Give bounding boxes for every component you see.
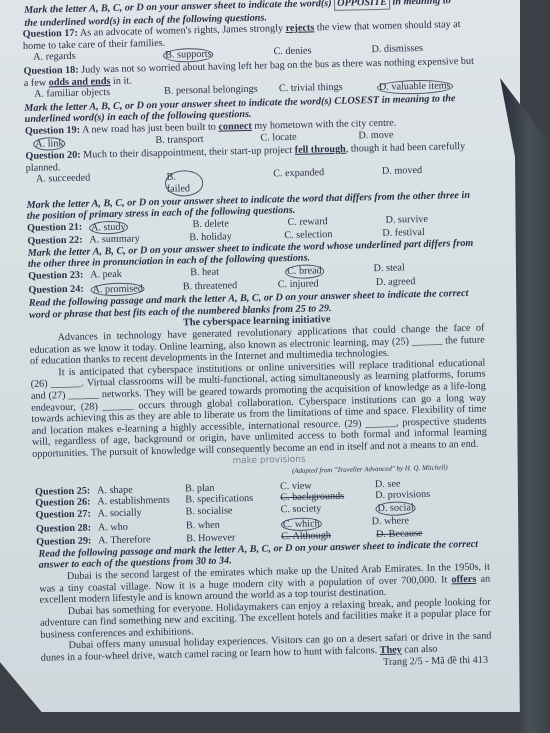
option-c[interactable]: C. expanded — [273, 166, 382, 194]
underlined-word: fell through — [295, 144, 346, 156]
option-c-circled[interactable]: C. bread — [285, 264, 324, 278]
option-d[interactable]: D. moved — [382, 164, 481, 191]
passage-text: can also — [404, 644, 437, 656]
opposite-boxed-word: OPPOSITE — [334, 0, 390, 11]
option-a-circled[interactable]: A. link — [33, 137, 66, 151]
underlined-word: They — [380, 645, 402, 656]
option-d[interactable]: D. agreed — [376, 276, 416, 290]
cloze-options: Question 25: A. shape B. plan C. view D.… — [33, 476, 489, 548]
question-label: Question 18: — [23, 65, 78, 77]
question-label: Question 24: — [28, 283, 90, 298]
question-label: Question 21: — [27, 221, 89, 236]
option-a-circled[interactable]: A. study — [89, 220, 128, 234]
question-text: in it. — [113, 75, 132, 86]
option-d[interactable]: D. provisions — [375, 489, 430, 502]
option-c-circled[interactable]: C. which — [281, 517, 322, 532]
option-b-circled[interactable]: B. failed — [164, 170, 203, 196]
question-label: Question 23: — [28, 270, 90, 285]
option-d[interactable]: D. steal — [373, 262, 404, 276]
underlined-word: rejects — [286, 23, 315, 35]
option-d[interactable]: D. where — [371, 515, 409, 529]
question-label: Question 19: — [25, 125, 80, 137]
question-label: Question 20: — [25, 150, 80, 162]
exam-page-content: Mark the letter A, B, C, or D on your an… — [22, 0, 492, 676]
option-d-struck[interactable]: D. Because — [376, 528, 423, 541]
option-a[interactable]: A. peak — [90, 267, 190, 283]
question-label: Question 29: — [36, 536, 98, 549]
option-d[interactable]: D. festival — [382, 227, 425, 240]
option-c[interactable]: C. society — [280, 502, 375, 518]
passage-paragraph: It is anticipated that cyberspace instit… — [30, 357, 487, 460]
option-d[interactable]: D. see — [375, 478, 401, 490]
underlined-word: offers — [451, 573, 476, 585]
option-a[interactable]: A. succeeded — [26, 171, 165, 199]
question-label: Question 17: — [23, 28, 78, 40]
instruction-tail: in meaning to — [392, 0, 451, 8]
option-b-circled[interactable]: B. supports — [163, 48, 214, 63]
underlined-word: odds and ends — [49, 76, 111, 88]
question-label: Question 28: — [36, 522, 98, 537]
underlined-word: connect — [218, 121, 252, 133]
question-label: Question 27: — [35, 508, 97, 523]
option-d-circled[interactable]: D. social — [375, 501, 416, 516]
option-a-circled[interactable]: A. promised — [90, 282, 145, 297]
option-d[interactable]: D. survive — [385, 214, 428, 229]
